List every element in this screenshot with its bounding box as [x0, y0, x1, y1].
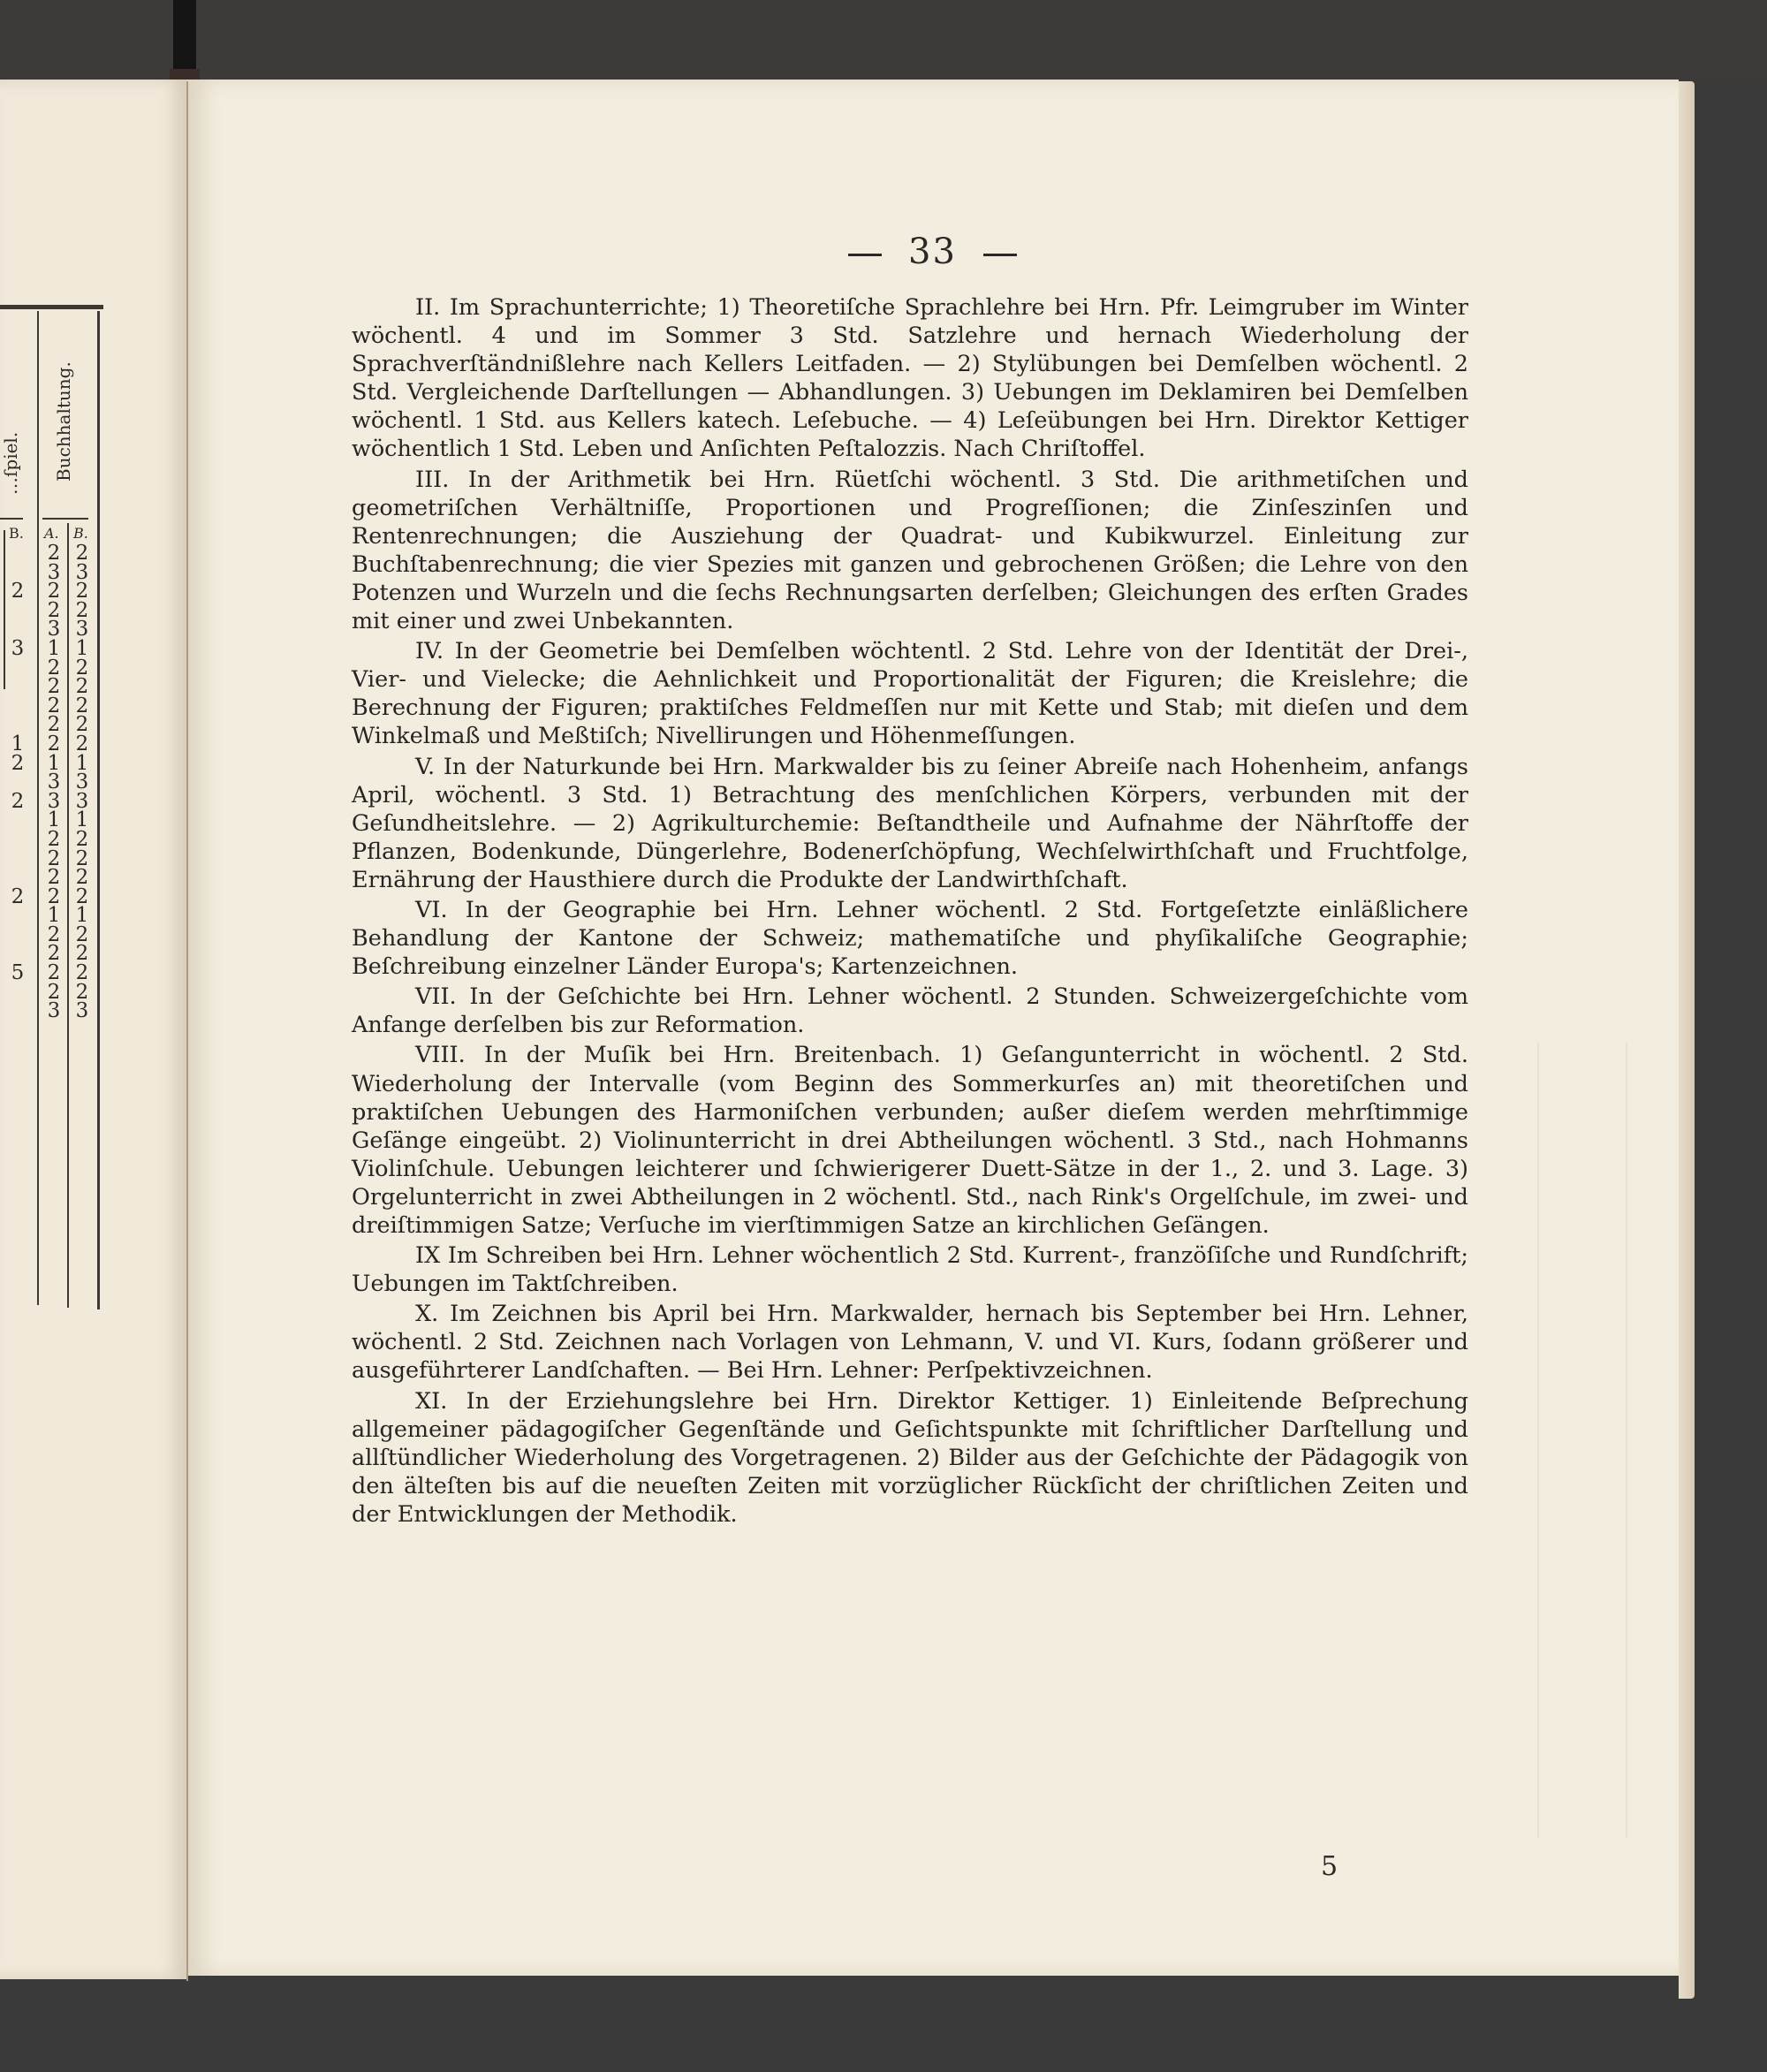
- section-ii-sprachunterricht: II. Im Sprachunterrichte; 1) Theoretiſch…: [352, 293, 1468, 464]
- section-iii-arithmetik: III. In der Arithmetik bei Hrn. Rüetſchi…: [352, 466, 1468, 636]
- column-buchhaltung-b: 2322312222213312222122223: [71, 544, 94, 1021]
- table-rule: [97, 311, 100, 1309]
- subheader-b: B.: [73, 525, 88, 542]
- subheader-rule: [0, 518, 23, 520]
- gutter: [186, 81, 188, 1981]
- subheader-a: A.: [44, 525, 59, 542]
- table-rule: [37, 311, 39, 1305]
- body-text: II. Im Sprachunterrichte; 1) Theoretiſch…: [352, 293, 1468, 1530]
- column-prev-b: 2312225: [6, 544, 29, 1021]
- table-rule: [67, 523, 69, 1308]
- section-xi-erziehungslehre: XI. In der Erziehungslehre bei Hrn. Dire…: [352, 1387, 1468, 1529]
- page-number-dash: [848, 254, 882, 256]
- page-edge: [1679, 81, 1695, 1999]
- show-through: [1537, 1043, 1539, 1838]
- section-viii-musik: VIII. In der Muſik bei Hrn. Breitenbach.…: [352, 1041, 1468, 1240]
- section-ix-schreiben: IX Im Schreiben bei Hrn. Lehner wöchentl…: [352, 1241, 1468, 1298]
- section-vii-geschichte: VII. In der Geſchichte bei Hrn. Lehner w…: [352, 983, 1468, 1039]
- column-buchhaltung-a: 2322312222213312222122223: [42, 544, 65, 1021]
- scan-background: [0, 0, 1767, 81]
- table-top-rule: [0, 305, 103, 309]
- left-page: [0, 80, 187, 1979]
- section-v-naturkunde: V. In der Naturkunde bei Hrn. Markwalder…: [352, 753, 1468, 894]
- subheader-rule: [42, 518, 88, 520]
- table-rule: [4, 530, 5, 689]
- section-iv-geometrie: IV. In der Geometrie bei Demſelben wöcht…: [352, 637, 1468, 750]
- section-x-zeichnen: X. Im Zeichnen bis April bei Hrn. Markwa…: [352, 1300, 1468, 1385]
- section-vi-geographie: VI. In der Geographie bei Hrn. Lehner wö…: [352, 896, 1468, 981]
- page-number: 33: [822, 231, 1043, 272]
- column-header-spiel: …ſpiel.: [0, 432, 21, 495]
- page-number-dash: [983, 254, 1017, 256]
- subheader-b-prev: B.: [9, 525, 24, 542]
- show-through: [1626, 1043, 1627, 1838]
- signature-mark: 5: [1321, 1851, 1338, 1882]
- column-header-buchhaltung: Buchhaltung.: [53, 361, 74, 482]
